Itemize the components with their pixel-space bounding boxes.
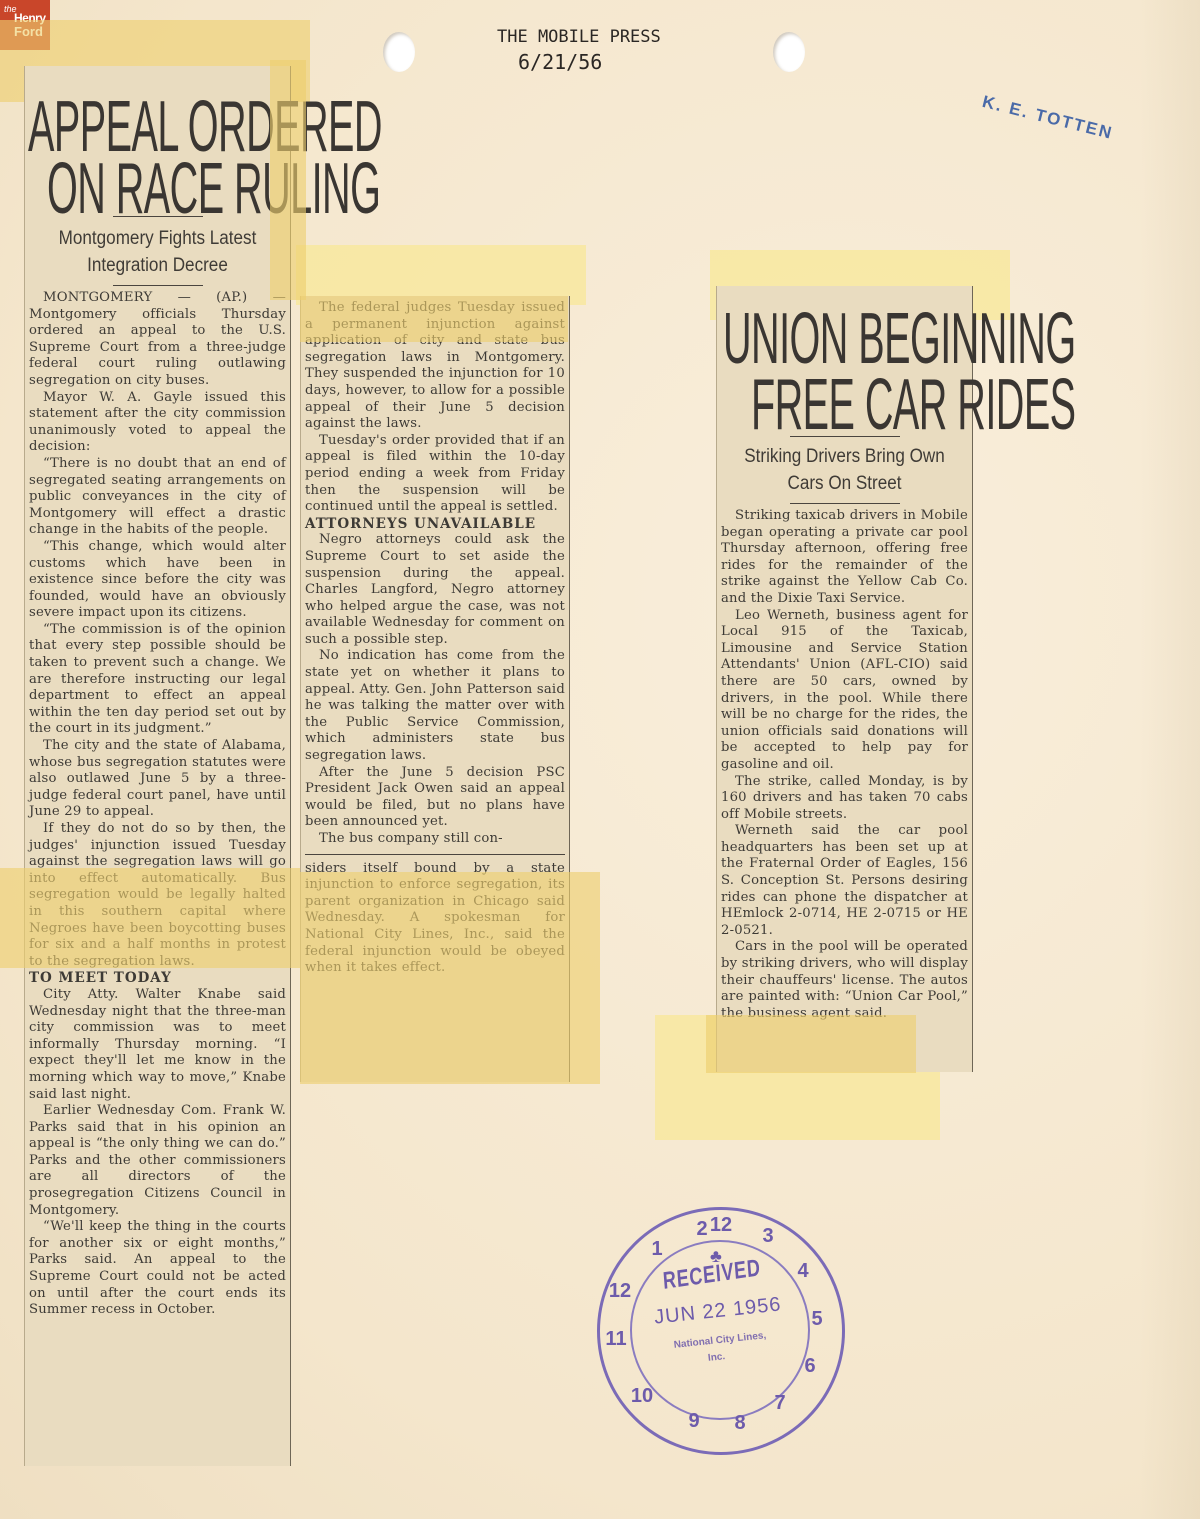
paragraph: Tuesday's order provided that if an appe… <box>305 433 565 516</box>
tape-col2-top <box>300 296 568 342</box>
page-edge-shadow <box>1140 0 1200 1519</box>
stamp-number: 9 <box>682 1410 706 1433</box>
paragraph: “This change, which would alter customs … <box>29 539 286 622</box>
tape-left-mid <box>0 868 300 968</box>
stamp-organization-suffix: Inc. <box>707 1351 725 1364</box>
newspaper-name: THE MOBILE PRESS <box>497 27 661 47</box>
stamp-number: 8 <box>728 1412 752 1435</box>
stamp-number: 12 <box>608 1280 632 1303</box>
punch-hole-right <box>773 32 805 72</box>
received-stamp: ♣ 12 3 4 5 6 7 8 9 10 11 12 1 2 RECEIVED… <box>597 1207 845 1455</box>
paragraph: Mayor W. A. Gayle issued this statement … <box>29 390 286 456</box>
headline-line2: ON RACE RULING <box>47 148 380 230</box>
name-stamp: K. E. TOTTEN <box>980 92 1115 144</box>
punch-hole-left <box>383 32 415 72</box>
clipping-date: 6/21/56 <box>518 50 602 74</box>
deck-line2: Cars On Street <box>730 470 960 497</box>
paragraph: No indication has come from the state ye… <box>305 648 565 764</box>
stamp-number: 10 <box>630 1385 654 1408</box>
stamp-number: 1 <box>645 1238 669 1261</box>
cut-line <box>305 854 565 855</box>
stamp-number: 5 <box>805 1308 829 1331</box>
stamp-number: 3 <box>756 1225 780 1248</box>
paragraph: The bus company still con- <box>305 831 565 848</box>
headline-line2: FREE CAR RIDES <box>751 364 1076 446</box>
paragraph: Leo Werneth, business agent for Local 91… <box>721 608 968 774</box>
paragraph: City Atty. Walter Knabe said Wednesday n… <box>29 987 286 1103</box>
article1-column1: MONTGOMERY — (AP.) — Montgomery official… <box>25 286 290 1319</box>
paragraph: The city and the state of Alabama, whose… <box>29 738 286 821</box>
paragraph: Earlier Wednesday Com. Frank W. Parks sa… <box>29 1103 286 1219</box>
stamp-number: 11 <box>604 1328 628 1351</box>
paragraph: Striking taxicab drivers in Mobile began… <box>721 508 968 608</box>
paragraph: The strike, called Monday, is by 160 dri… <box>721 774 968 824</box>
article-appeal-ordered: APPEAL ORDERED ON RACE RULING Montgomery… <box>24 66 291 1466</box>
stamp-number: 6 <box>798 1355 822 1378</box>
deck: Striking Drivers Bring Own Cars On Stree… <box>730 443 960 497</box>
stamp-number: 2 <box>690 1218 714 1241</box>
deck-line1: Montgomery Fights Latest <box>38 225 277 252</box>
paragraph: After the June 5 decision PSC President … <box>305 765 565 831</box>
stamp-number: 4 <box>791 1260 815 1283</box>
paragraph: Werneth said the car pool headquarters h… <box>721 823 968 939</box>
subhead-attorneys-unavailable: ATTORNEYS UNAVAILABLE <box>305 516 565 533</box>
paragraph: “The commission is of the opinion that e… <box>29 622 286 738</box>
paragraph: Negro attorneys could ask the Supreme Co… <box>305 532 565 648</box>
tape-col2-bottom <box>300 872 600 1084</box>
deck-line2: Integration Decree <box>38 252 277 279</box>
article2-body: Striking taxicab drivers in Mobile began… <box>717 504 972 1022</box>
tape-right-bottom-over <box>706 1015 916 1073</box>
paragraph: MONTGOMERY — (AP.) — Montgomery official… <box>29 290 286 390</box>
deck: Montgomery Fights Latest Integration Dec… <box>38 225 277 279</box>
tape-left-edge <box>270 60 306 300</box>
deck-line1: Striking Drivers Bring Own <box>730 443 960 470</box>
subhead-to-meet-today: TO MEET TODAY <box>29 970 286 987</box>
paragraph: Cars in the pool will be operated by str… <box>721 939 968 1022</box>
stamp-number: 7 <box>768 1392 792 1415</box>
paragraph: “We'll keep the thing in the courts for … <box>29 1219 286 1319</box>
paragraph: “There is no doubt that an end of segreg… <box>29 456 286 539</box>
article-union-beginning: UNION BEGINNING FREE CAR RIDES Striking … <box>716 286 973 1072</box>
